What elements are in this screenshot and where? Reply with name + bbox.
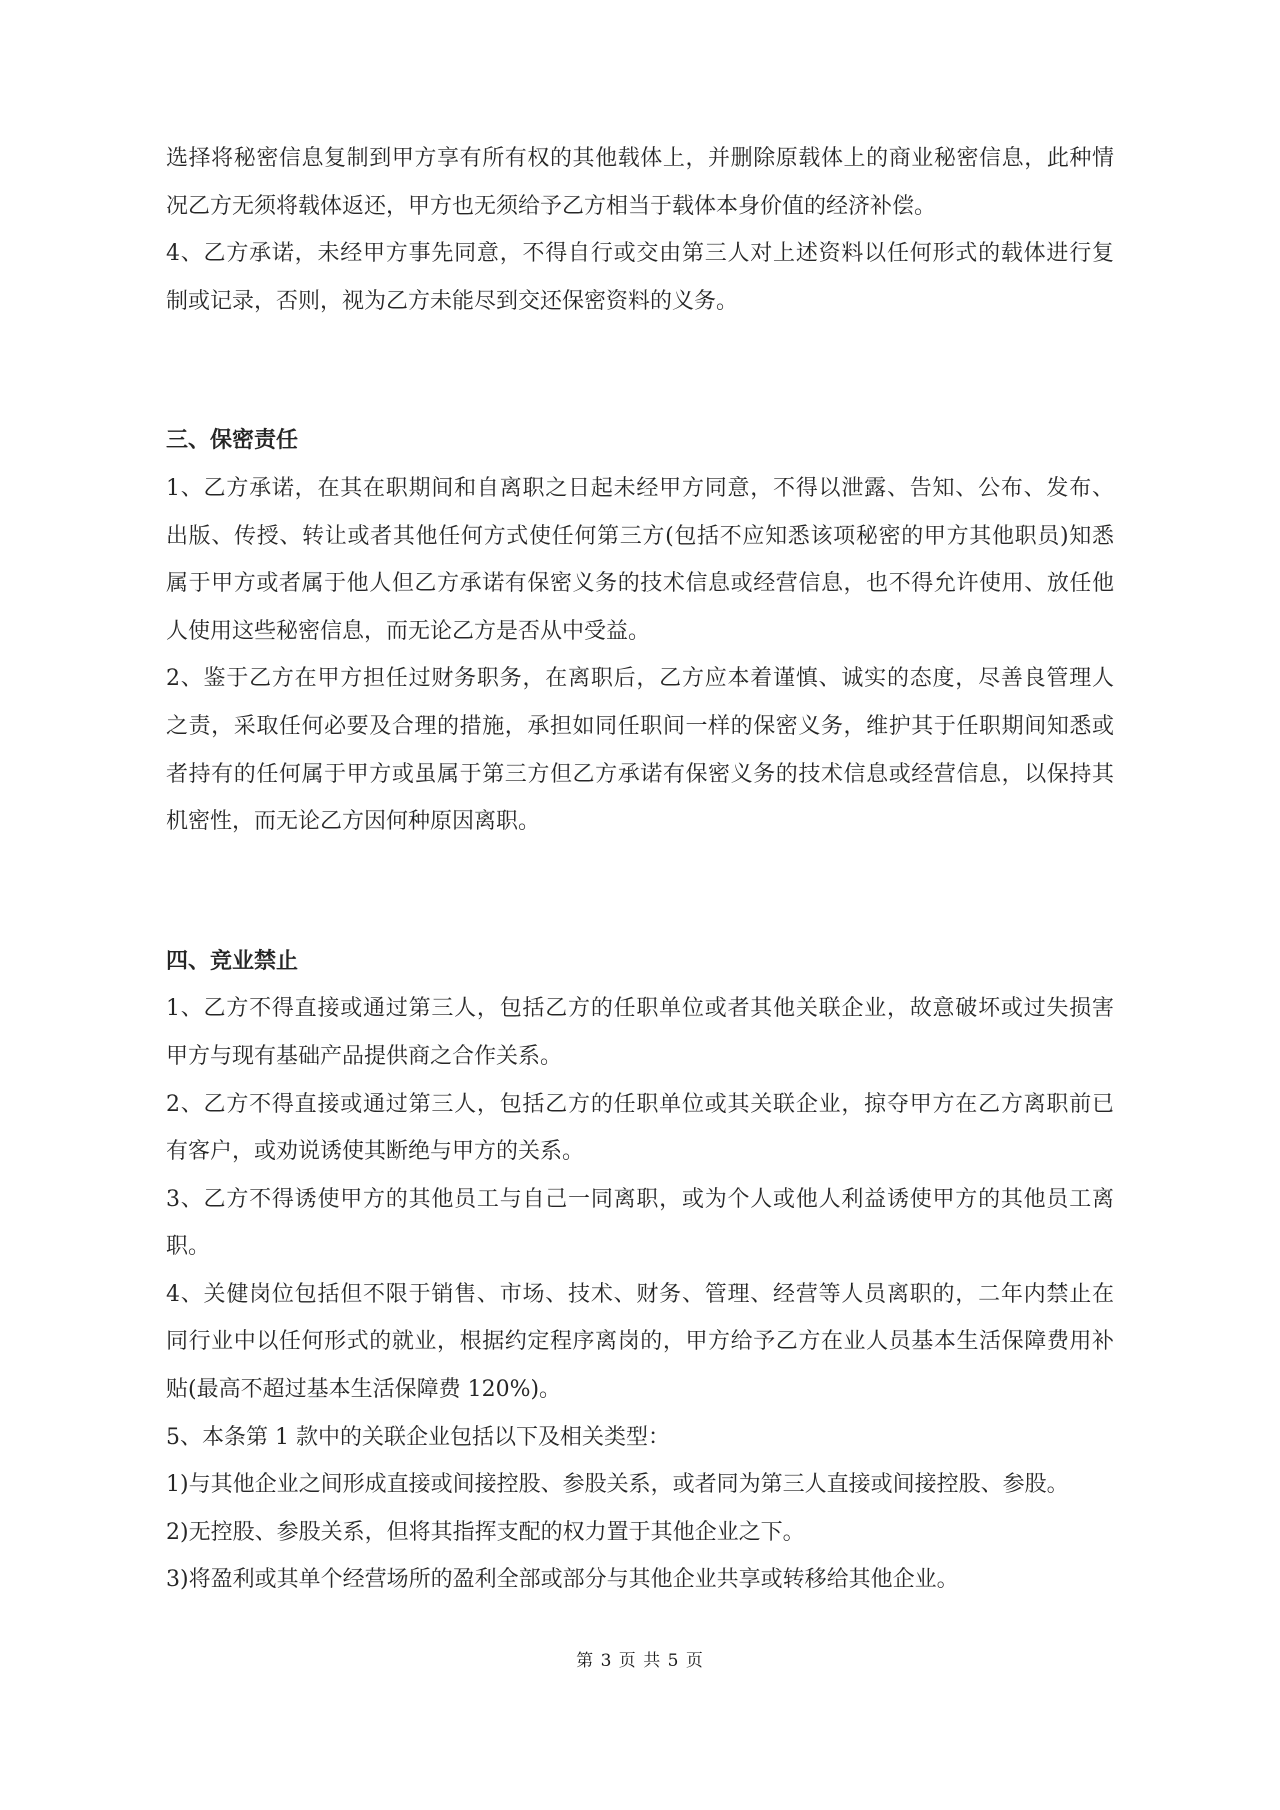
text-line: 2、乙方不得直接或通过第三人，包括乙方的任职单位或其关联企业，掠夺甲方在乙方离职…	[166, 1081, 1114, 1129]
page-number-footer: 第 3 页 共 5 页	[0, 1646, 1280, 1671]
contract-page: 选择将秘密信息复制到甲方享有所有权的其他载体上，并删除原载体上的商业秘密信息，此…	[0, 0, 1280, 1810]
text-line: 5、本条第 1 款中的关联企业包括以下及相关类型：	[166, 1414, 1114, 1462]
text-line: 出版、传授、转让或者其他任何方式使任何第三方(包括不应知悉该项秘密的甲方其他职员…	[166, 513, 1114, 561]
text-line: 属于甲方或者属于他人但乙方承诺有保密义务的技术信息或经营信息，也不得允许使用、放…	[166, 560, 1114, 608]
document-body: 选择将秘密信息复制到甲方享有所有权的其他载体上，并删除原载体上的商业秘密信息，此…	[166, 135, 1114, 1604]
text-line: 职。	[166, 1223, 1114, 1271]
text-line: 贴(最高不超过基本生活保障费 120%)。	[166, 1366, 1114, 1414]
text-line: 人使用这些秘密信息，而无论乙方是否从中受益。	[166, 608, 1114, 656]
text-line: 有客户，或劝说诱使其断绝与甲方的关系。	[166, 1128, 1114, 1176]
text-line: 1、乙方承诺，在其在职期间和自离职之日起未经甲方同意，不得以泄露、告知、公布、发…	[166, 465, 1114, 513]
text-line: 2、鉴于乙方在甲方担任过财务职务，在离职后，乙方应本着谨慎、诚实的态度，尽善良管…	[166, 655, 1114, 703]
text-line: 制或记录，否则，视为乙方未能尽到交还保密资料的义务。	[166, 278, 1114, 326]
text-line: 机密性，而无论乙方因何种原因离职。	[166, 798, 1114, 846]
text-line: 4、乙方承诺，未经甲方事先同意，不得自行或交由第三人对上述资料以任何形式的载体进…	[166, 230, 1114, 278]
text-line: 甲方与现有基础产品提供商之合作关系。	[166, 1033, 1114, 1081]
text-line: 选择将秘密信息复制到甲方享有所有权的其他载体上，并删除原载体上的商业秘密信息，此…	[166, 135, 1114, 183]
text-line: 3、乙方不得诱使甲方的其他员工与自己一同离职，或为个人或他人利益诱使甲方的其他员…	[166, 1176, 1114, 1224]
paragraph-spacer	[166, 325, 1114, 417]
text-line: 3)将盈利或其单个经营场所的盈利全部或部分与其他企业共享或转移给其他企业。	[166, 1556, 1114, 1604]
section-heading: 三、保密责任	[166, 417, 1114, 465]
text-line: 1、乙方不得直接或通过第三人，包括乙方的任职单位或者其他关联企业，故意破坏或过失…	[166, 985, 1114, 1033]
text-line: 1)与其他企业之间形成直接或间接控股、参股关系，或者同为第三人直接或间接控股、参…	[166, 1461, 1114, 1509]
section-heading: 四、竞业禁止	[166, 938, 1114, 986]
text-line: 者持有的任何属于甲方或虽属于第三方但乙方承诺有保密义务的技术信息或经营信息，以保…	[166, 751, 1114, 799]
paragraph-spacer	[166, 846, 1114, 938]
text-line: 之责，采取任何必要及合理的措施，承担如同任职间一样的保密义务，维护其于任职期间知…	[166, 703, 1114, 751]
text-line: 2)无控股、参股关系，但将其指挥支配的权力置于其他企业之下。	[166, 1509, 1114, 1557]
text-line: 4、关健岗位包括但不限于销售、市场、技术、财务、管理、经营等人员离职的，二年内禁…	[166, 1271, 1114, 1319]
text-line: 况乙方无须将载体返还，甲方也无须给予乙方相当于载体本身价值的经济补偿。	[166, 183, 1114, 231]
text-line: 同行业中以任何形式的就业，根据约定程序离岗的，甲方给予乙方在业人员基本生活保障费…	[166, 1318, 1114, 1366]
